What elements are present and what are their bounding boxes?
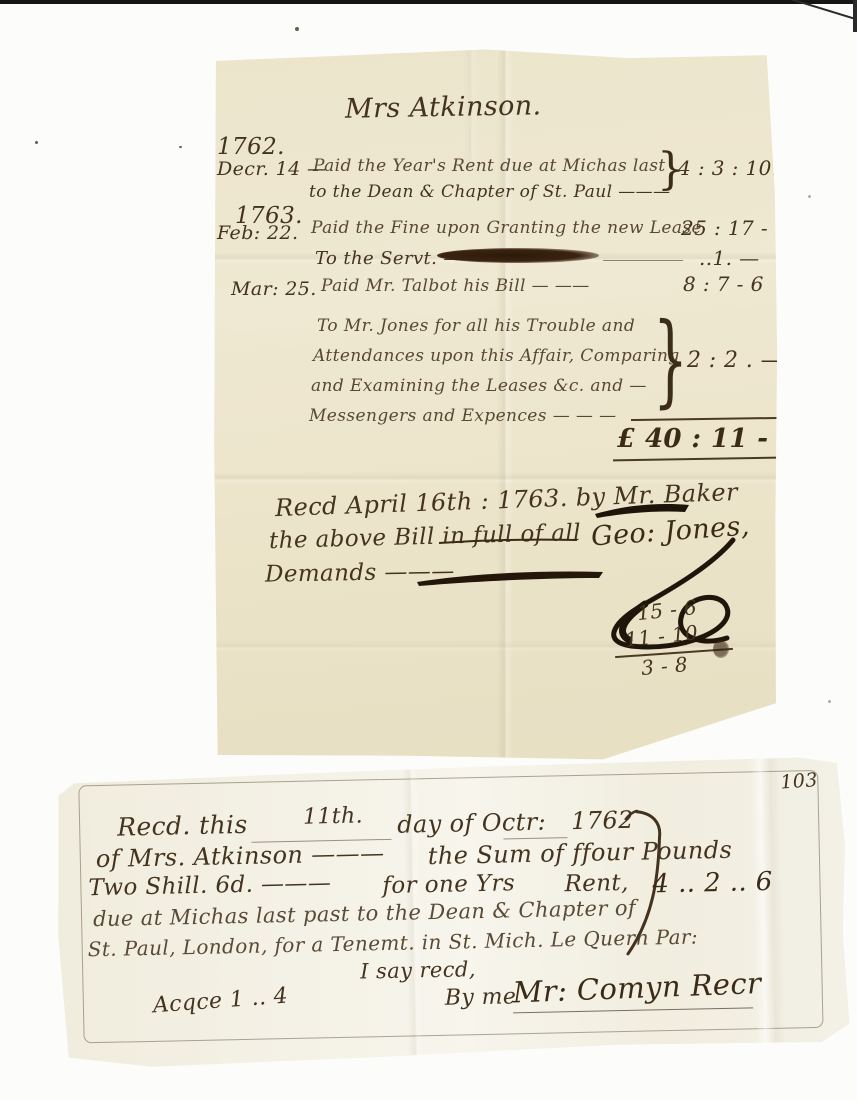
bill-year-1762: 1762. [217,136,285,159]
receipt-by-me: By me [445,986,517,1009]
receipt-rent: Rent, [564,872,629,896]
bill-row1-text2: to the Dean & Chapter of St. Paul ——— [309,184,670,201]
receipt-recd-this: Recd. this [117,812,248,840]
total-rule-bottom [613,457,777,462]
receipt-amount: 4 .. 2 .. 6 [652,869,773,898]
bill-row1-text: Paid the Year's Rent due at Michas last [313,158,666,175]
dust-speck [808,195,811,198]
receipt-day-of: day of Octr: [397,810,546,837]
bill-row3-amount: ..1. — [699,248,760,268]
jones-amount: 2 : 2 . — [687,350,783,372]
bill-row1-date: Decr. 14 — [217,160,326,179]
bill-row4-date: Mar: 25. [231,280,317,299]
bill-total: £ 40 : 11 - 10 [617,426,815,452]
receipt-day: 11th. [303,805,363,828]
scan-right-edge [853,0,857,32]
jones-line4: Messengers and Expences — — — [309,408,617,425]
dust-speck [828,700,831,703]
receipt-sum-of: the Sum of ffour Pounds [428,838,733,868]
receipt-folio-number: 103 [780,771,819,793]
receipt-two-shill: Two Shill. 6d. ——— [88,872,331,900]
dust-speck [295,27,299,31]
receipt-i-say-recd: I say recd, [360,959,476,982]
bill-row1-amount: 4 : 3 : 10. [678,158,779,178]
dash-line [603,260,683,261]
scanned-photo: Mrs Atkinson. 1762. Decr. 14 — Paid the … [0,0,857,1100]
small-smudge [713,640,729,658]
ink-blot [437,248,599,263]
figure-1: 15 - 6 [636,597,698,623]
bill-title: Mrs Atkinson. [345,92,542,122]
jones-line1: To Mr. Jones for all his Trouble and [317,318,635,335]
receipt-of-atkinson: of Mrs. Atkinson ——— [96,841,385,871]
bill-document-paper: Mrs Atkinson. 1762. Decr. 14 — Paid the … [213,48,791,768]
figure-3: 3 - 8 [640,654,688,678]
jones-line2: Attendances upon this Affair, Comparing [313,348,680,365]
dust-speck [35,141,38,144]
bill-row2-date: Feb: 22. [217,224,298,243]
bill-row4-amount: 8 : 7 - 6 [683,274,764,294]
bill-row4-text: Paid Mr. Talbot his Bill — —— [321,278,590,295]
dust-speck [179,146,182,148]
receipt-for-one: for one Yrs [382,872,515,898]
in-full-strike [439,538,579,546]
bill-row2-text: Paid the Fine upon Granting the new Leas… [311,220,702,237]
receipt-document-paper: 103 Recd. this 11th. day of Octr: 1762 o… [50,755,854,1070]
jones-line3: and Examining the Leases &c. and — [311,378,647,395]
jones-brace: } [653,310,688,410]
fold-highlight [750,757,786,1056]
bill-row2-amount: 25 : 17 - 6 [681,218,788,238]
demands-strike [417,568,607,588]
baker-heavy-dash [593,498,693,520]
scan-top-bar [0,0,857,4]
